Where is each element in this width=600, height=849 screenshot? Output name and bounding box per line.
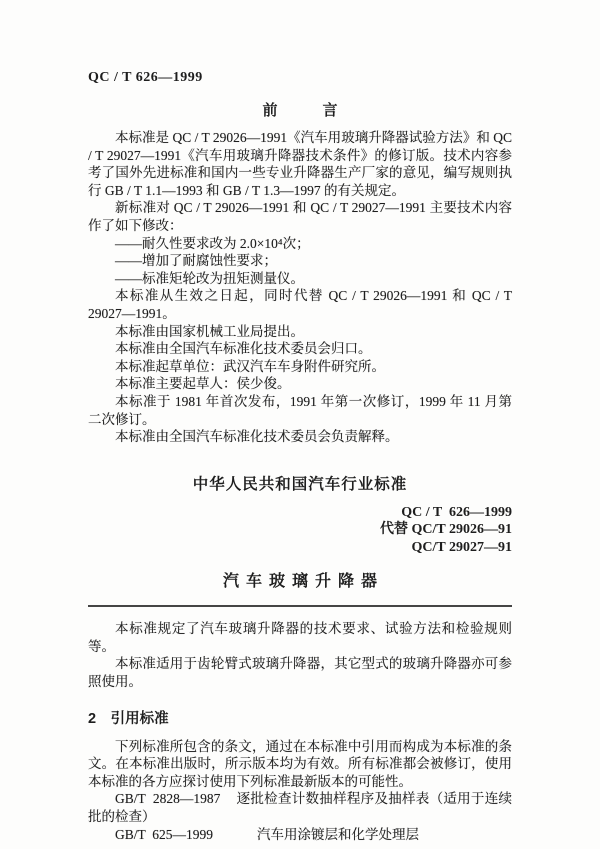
page-content: QC / T 626—1999 前 言 本标准是 QC / T 29026—19… [88,0,512,843]
reference-item: GB/T 625—1999汽车用涂镀层和化学处理层 [88,826,512,844]
scanned-standard-page: QC / T 626—1999 前 言 本标准是 QC / T 29026—19… [0,0,600,849]
foreword-paragraph: 本标准从生效之日起，同时代替 QC / T 29026—1991 和 QC / … [88,287,512,322]
foreword-paragraph: 本标准起草单位：武汉汽车车身附件研究所。 [88,358,512,376]
industry-standard-banner: 中华人民共和国汽车行业标准 [88,472,512,494]
foreword-paragraph: 本标准是 QC / T 29026—1991《汽车用玻璃升降器试验方法》和 QC… [88,129,512,199]
standard-code: QC / T 626—1999 [88,504,512,522]
document-code-header: QC / T 626—1999 [88,70,512,86]
foreword-body: 本标准是 QC / T 29026—1991《汽车用玻璃升降器试验方法》和 QC… [88,129,512,446]
superseded-code: 代替 QC/T 29026—91 [88,521,512,539]
title-divider-rule [88,605,512,607]
foreword-paragraph: 本标准由国家机械工业局提出。 [88,323,512,341]
foreword-paragraph: 本标准由全国汽车标准化技术委员会归口。 [88,340,512,358]
reference-item: GB/T 2828—1987逐批检查计数抽样程序及抽样表（适用于连续批的检查） [88,790,512,825]
reference-code: GB/T 2828—1987 [115,791,220,806]
foreword-change-item: ——增加了耐腐蚀性要求； [88,252,512,270]
reference-title: 汽车用涂镀层和化学处理层 [257,827,419,842]
reference-code: GB/T 625—1999 [115,827,213,842]
standard-code-block: QC / T 626—1999 代替 QC/T 29026—91 QC/T 29… [88,504,512,557]
references-body: 下列标准所包含的条文，通过在本标准中引用而构成为本标准的条文。在本标准出版时，所… [88,738,512,844]
foreword-title: 前 言 [88,99,512,120]
foreword-paragraph: 本标准由全国汽车标准化技术委员会负责解释。 [88,428,512,446]
foreword-paragraph: 本标准于 1981 年首次发布，1991 年第一次修订，1999 年 11 月第… [88,393,512,428]
scope-paragraph: 本标准适用于齿轮臂式玻璃升降器，其它型式的玻璃升降器亦可参照使用。 [88,655,512,690]
references-intro: 下列标准所包含的条文，通过在本标准中引用而构成为本标准的条文。在本标准出版时，所… [88,738,512,791]
foreword-change-item: ——标准矩轮改为扭矩测量仪。 [88,270,512,288]
foreword-paragraph: 新标准对 QC / T 29026—1991 和 QC / T 29027—19… [88,199,512,234]
scope-section: 本标准规定了汽车玻璃升降器的技术要求、试验方法和检验规则等。 本标准适用于齿轮臂… [88,620,512,690]
foreword-change-item: ——耐久性要求改为 2.0×10⁴次； [88,235,512,253]
scope-paragraph: 本标准规定了汽车玻璃升降器的技术要求、试验方法和检验规则等。 [88,620,512,655]
standard-title: 汽车玻璃升降器 [88,568,512,591]
foreword-paragraph: 本标准主要起草人：侯少俊。 [88,375,512,393]
section-heading-references: 2 引用标准 [88,707,512,728]
superseded-code: QC/T 29027—91 [88,539,512,557]
